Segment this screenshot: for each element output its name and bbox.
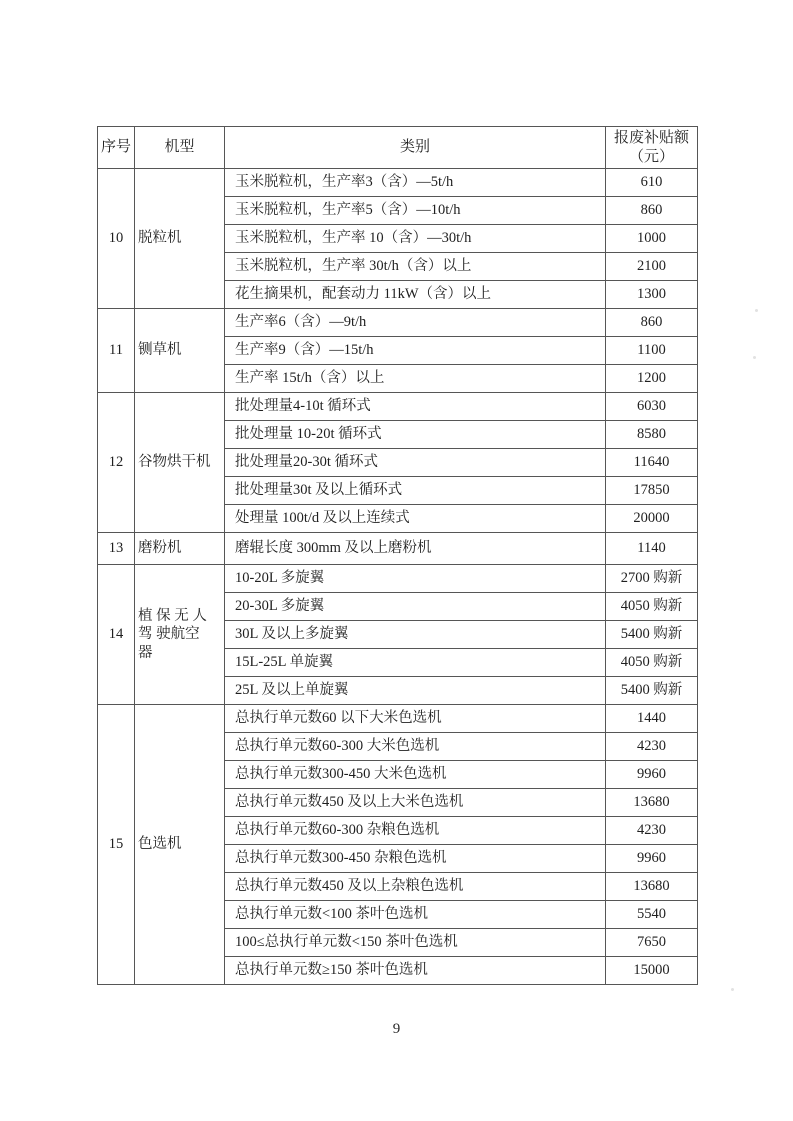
category-cell: 总执行单元数300-450 杂粮色选机: [225, 845, 606, 873]
subsidy-cell: 4050 购新: [606, 649, 698, 677]
category-cell: 玉米脱粒机，生产率5（含）—10t/h: [225, 197, 606, 225]
category-cell: 生产率9（含）—15t/h: [225, 337, 606, 365]
serial-cell: 15: [98, 705, 135, 985]
category-cell: 花生摘果机，配套动力 11kW（含）以上: [225, 281, 606, 309]
subsidy-cell: 17850: [606, 477, 698, 505]
subsidy-cell: 13680: [606, 789, 698, 817]
table-header-row: 序号 机型 类别 报废补贴额（元）: [98, 127, 698, 169]
subsidy-cell: 610: [606, 169, 698, 197]
category-cell: 磨辊长度 300mm 及以上磨粉机: [225, 533, 606, 565]
category-cell: 30L 及以上多旋翼: [225, 621, 606, 649]
subsidy-cell: 1100: [606, 337, 698, 365]
subsidy-cell: 9960: [606, 761, 698, 789]
table-row: 13 磨粉机 磨辊长度 300mm 及以上磨粉机 1140: [98, 533, 698, 565]
table-row: 11 铡草机 生产率6（含）—9t/h 860: [98, 309, 698, 337]
subsidy-table: 序号 机型 类别 报废补贴额（元） 10 脱粒机 玉米脱粒机，生产率3（含）—5…: [97, 126, 698, 985]
column-header-machine-type: 机型: [135, 127, 225, 169]
subsidy-cell: 4230: [606, 817, 698, 845]
category-cell: 总执行单元数<100 茶叶色选机: [225, 901, 606, 929]
subsidy-cell: 1200: [606, 365, 698, 393]
machine-type-cell: 铡草机: [135, 309, 225, 393]
category-cell: 总执行单元数450 及以上大米色选机: [225, 789, 606, 817]
subsidy-cell: 7650: [606, 929, 698, 957]
column-header-category: 类别: [225, 127, 606, 169]
subsidy-cell: 860: [606, 309, 698, 337]
subsidy-cell: 11640: [606, 449, 698, 477]
table-row: 12 谷物烘干机 批处理量4-10t 循环式 6030: [98, 393, 698, 421]
category-cell: 10-20L 多旋翼: [225, 565, 606, 593]
table-row: 10 脱粒机 玉米脱粒机，生产率3（含）—5t/h 610: [98, 169, 698, 197]
subsidy-cell: 8580: [606, 421, 698, 449]
subsidy-cell: 1140: [606, 533, 698, 565]
category-cell: 批处理量4-10t 循环式: [225, 393, 606, 421]
subsidy-cell: 4230: [606, 733, 698, 761]
category-cell: 总执行单元数450 及以上杂粮色选机: [225, 873, 606, 901]
machine-type-cell: 谷物烘干机: [135, 393, 225, 533]
category-cell: 25L 及以上单旋翼: [225, 677, 606, 705]
category-cell: 生产率 15t/h（含）以上: [225, 365, 606, 393]
category-cell: 总执行单元数≥150 茶叶色选机: [225, 957, 606, 985]
category-cell: 处理量 100t/d 及以上连续式: [225, 505, 606, 533]
machine-type-cell: 脱粒机: [135, 169, 225, 309]
category-cell: 玉米脱粒机，生产率 30t/h（含）以上: [225, 253, 606, 281]
table-row: 15 色选机 总执行单元数60 以下大米色选机 1440: [98, 705, 698, 733]
subsidy-cell: 2100: [606, 253, 698, 281]
category-cell: 批处理量20-30t 循环式: [225, 449, 606, 477]
column-header-subsidy: 报废补贴额（元）: [606, 127, 698, 169]
subsidy-cell: 9960: [606, 845, 698, 873]
category-cell: 玉米脱粒机，生产率 10（含）—30t/h: [225, 225, 606, 253]
table-row: 14 植 保 无 人 驾 驶航空 器 10-20L 多旋翼 2700 购新: [98, 565, 698, 593]
category-cell: 生产率6（含）—9t/h: [225, 309, 606, 337]
serial-cell: 12: [98, 393, 135, 533]
subsidy-cell: 20000: [606, 505, 698, 533]
category-cell: 总执行单元数60-300 大米色选机: [225, 733, 606, 761]
subsidy-cell: 5400 购新: [606, 677, 698, 705]
category-cell: 玉米脱粒机，生产率3（含）—5t/h: [225, 169, 606, 197]
category-cell: 批处理量30t 及以上循环式: [225, 477, 606, 505]
scan-artifact-dot: [755, 309, 758, 312]
subsidy-cell: 1000: [606, 225, 698, 253]
category-cell: 100≤总执行单元数<150 茶叶色选机: [225, 929, 606, 957]
machine-type-cell: 磨粉机: [135, 533, 225, 565]
category-cell: 总执行单元数60-300 杂粮色选机: [225, 817, 606, 845]
serial-cell: 10: [98, 169, 135, 309]
subsidy-cell: 5540: [606, 901, 698, 929]
scan-artifact-dot: [753, 356, 756, 359]
category-cell: 总执行单元数60 以下大米色选机: [225, 705, 606, 733]
machine-type-cell: 植 保 无 人 驾 驶航空 器: [135, 565, 225, 705]
subsidy-cell: 4050 购新: [606, 593, 698, 621]
serial-cell: 14: [98, 565, 135, 705]
subsidy-cell: 5400 购新: [606, 621, 698, 649]
scan-artifact-dot: [731, 988, 734, 991]
subsidy-cell: 15000: [606, 957, 698, 985]
subsidy-cell: 1300: [606, 281, 698, 309]
subsidy-cell: 1440: [606, 705, 698, 733]
subsidy-cell: 6030: [606, 393, 698, 421]
category-cell: 批处理量 10-20t 循环式: [225, 421, 606, 449]
category-cell: 15L-25L 单旋翼: [225, 649, 606, 677]
machine-type-cell: 色选机: [135, 705, 225, 985]
serial-cell: 11: [98, 309, 135, 393]
page-number: 9: [0, 1021, 793, 1038]
subsidy-cell: 2700 购新: [606, 565, 698, 593]
serial-cell: 13: [98, 533, 135, 565]
category-cell: 20-30L 多旋翼: [225, 593, 606, 621]
category-cell: 总执行单元数300-450 大米色选机: [225, 761, 606, 789]
subsidy-cell: 13680: [606, 873, 698, 901]
subsidy-cell: 860: [606, 197, 698, 225]
document-page: 序号 机型 类别 报废补贴额（元） 10 脱粒机 玉米脱粒机，生产率3（含）—5…: [0, 0, 793, 1121]
column-header-serial: 序号: [98, 127, 135, 169]
